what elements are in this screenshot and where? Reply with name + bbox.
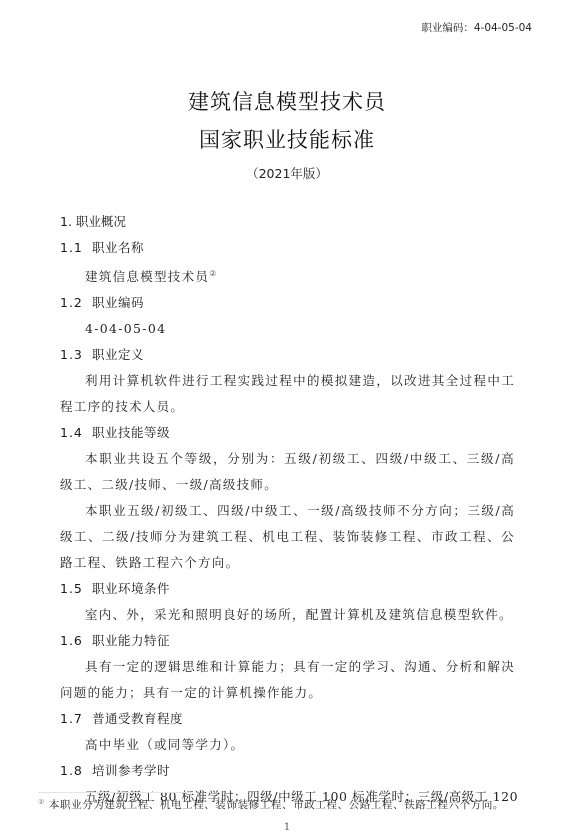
section-heading: 1.1 职业名称 bbox=[60, 235, 515, 261]
section-number: 1.5 bbox=[60, 576, 92, 602]
edition-label: （2021年版） bbox=[0, 164, 574, 182]
section-title: 职业编码 bbox=[92, 290, 144, 316]
document-title-line-1: 建筑信息模型技术员 bbox=[0, 84, 574, 120]
section-heading: 1.5 职业环境条件 bbox=[60, 576, 515, 602]
section-paragraph: 本职业共设五个等级，分别为：五级/初级工、四级/中级工、三级/高级工、二级/技师… bbox=[60, 446, 515, 498]
chapter-heading: 1. 职业概况 bbox=[60, 209, 515, 235]
section-title: 培训参考学时 bbox=[92, 758, 170, 784]
section-heading: 1.7 普通受教育程度 bbox=[60, 706, 515, 732]
section-paragraph: 室内、外，采光和照明良好的场所，配置计算机及建筑信息模型软件。 bbox=[60, 602, 515, 628]
page-number: 1 bbox=[0, 822, 574, 833]
section-number: 1.6 bbox=[60, 628, 92, 654]
section-paragraph: 具有一定的逻辑思维和计算能力；具有一定的学习、沟通、分析和解决问题的能力；具有一… bbox=[60, 654, 515, 706]
section-number: 1.1 bbox=[60, 235, 92, 261]
section-heading: 1.2 职业编码 bbox=[60, 290, 515, 316]
section-heading: 1.6 职业能力特征 bbox=[60, 628, 515, 654]
section-number: 1.7 bbox=[60, 706, 92, 732]
footnote-divider bbox=[38, 792, 193, 793]
occupation-code-header: 职业编码：4-04-05-04 bbox=[421, 20, 532, 35]
section-paragraph: 利用计算机软件进行工程实践过程中的模拟建造，以改进其全过程中工程工序的技术人员。 bbox=[60, 368, 515, 420]
section-title: 普通受教育程度 bbox=[92, 706, 183, 732]
section-heading: 1.4 职业技能等级 bbox=[60, 420, 515, 446]
section-paragraph: 本职业五级/初级工、四级/中级工、一级/高级技师不分方向；三级/高级工、二级/技… bbox=[60, 498, 515, 576]
footnote-mark: ② bbox=[38, 798, 45, 806]
section-title: 职业名称 bbox=[92, 235, 144, 261]
section-title: 职业环境条件 bbox=[92, 576, 170, 602]
footnote: ②本职业分为建筑工程、机电工程、装饰装修工程、市政工程、公路工程、铁路工程六个方… bbox=[38, 797, 504, 812]
occupation-name: 建筑信息模型技术员 bbox=[85, 269, 209, 284]
section-heading: 1.3 职业定义 bbox=[60, 342, 515, 368]
section-number: 1.4 bbox=[60, 420, 92, 446]
occupation-code-value: 4-04-05-04 bbox=[60, 316, 515, 342]
section-number: 1.8 bbox=[60, 758, 92, 784]
section-paragraph: 建筑信息模型技术员② bbox=[60, 261, 515, 290]
footnote-reference: ② bbox=[209, 269, 217, 278]
section-number: 1.2 bbox=[60, 290, 92, 316]
section-number: 1.3 bbox=[60, 342, 92, 368]
title-block: 建筑信息模型技术员 国家职业技能标准 （2021年版） bbox=[0, 84, 574, 182]
section-title: 职业定义 bbox=[92, 342, 144, 368]
section-title: 职业能力特征 bbox=[92, 628, 170, 654]
section-paragraph: 高中毕业（或同等学力）。 bbox=[60, 732, 515, 758]
section-heading: 1.8 培训参考学时 bbox=[60, 758, 515, 784]
document-body: 1. 职业概况 1.1 职业名称 建筑信息模型技术员② 1.2 职业编码 4-0… bbox=[60, 209, 515, 810]
document-title-line-2: 国家职业技能标准 bbox=[0, 122, 574, 158]
section-title: 职业技能等级 bbox=[92, 420, 170, 446]
footnote-text: 本职业分为建筑工程、机电工程、装饰装修工程、市政工程、公路工程、铁路工程六个方向… bbox=[49, 799, 504, 811]
